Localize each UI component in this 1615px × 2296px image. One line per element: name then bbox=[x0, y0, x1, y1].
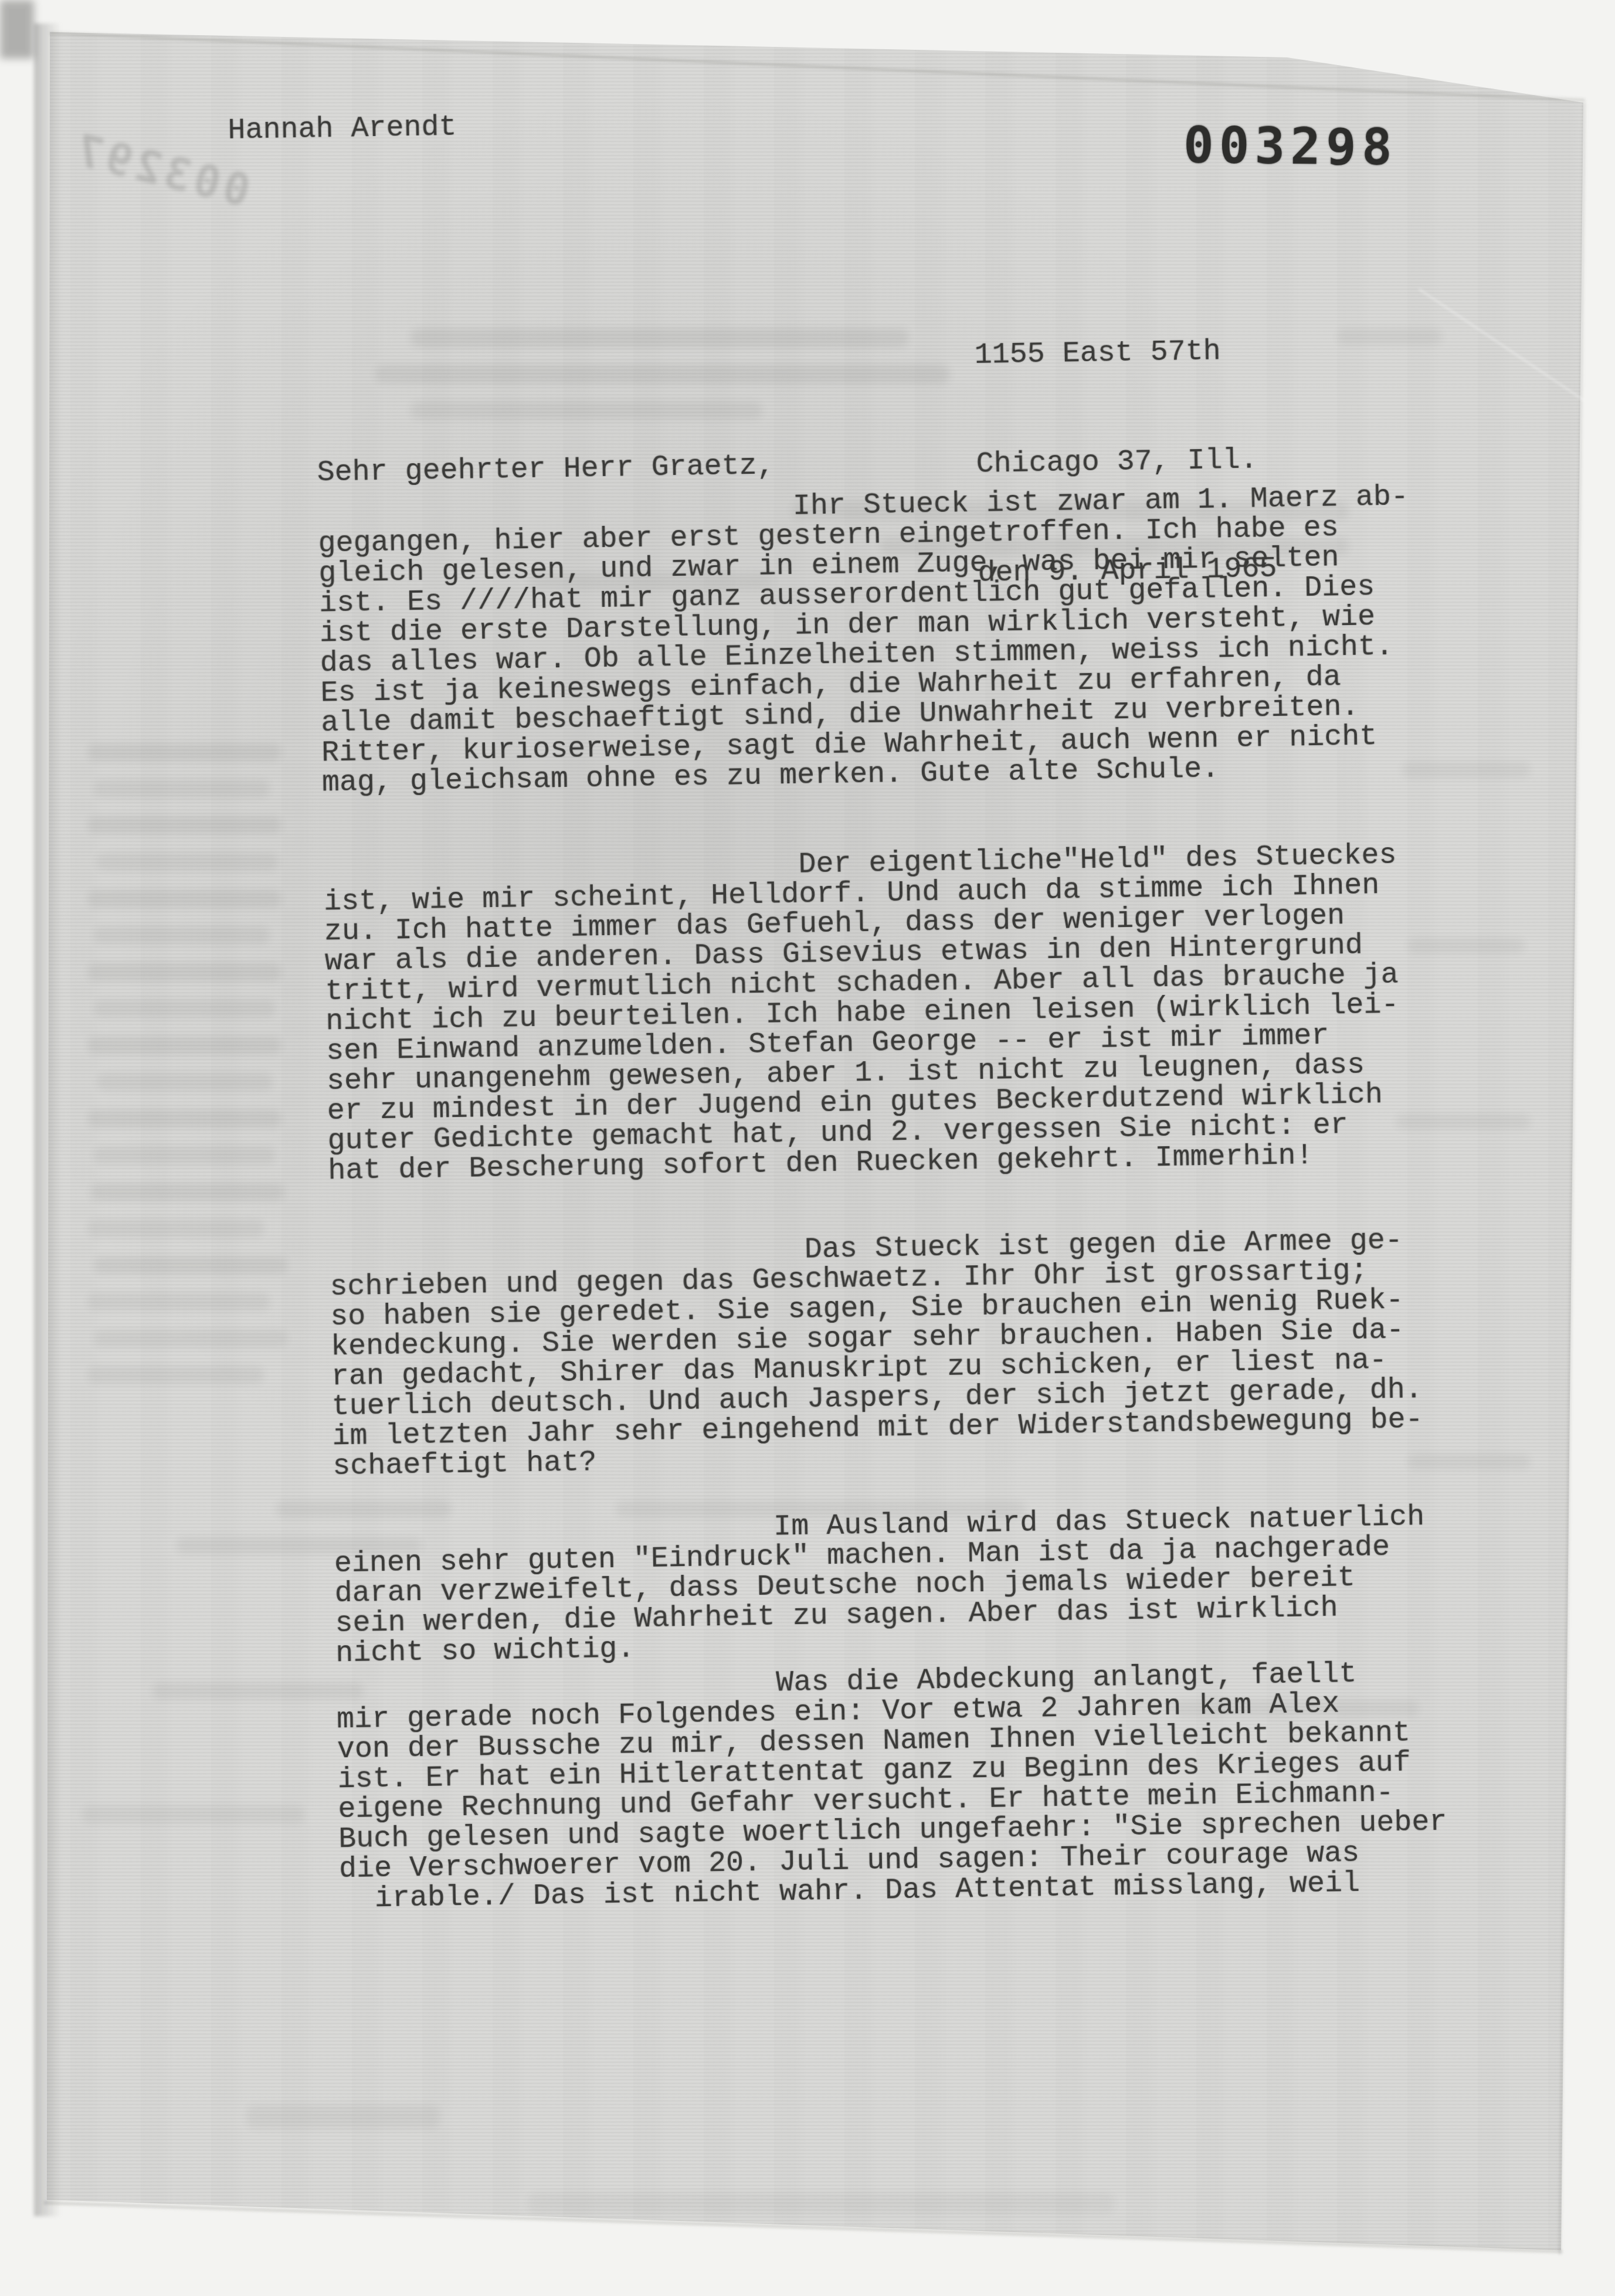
sender-name: Hannah Arendt bbox=[228, 113, 457, 146]
salutation: Sehr geehrter Herr Graetz, bbox=[317, 451, 775, 488]
letter-scan: 003298 003297 Hannah Arendt 1155 East 57… bbox=[0, 0, 1615, 2296]
paragraph: Im Ausland wird das Stueck natuerlichein… bbox=[334, 1502, 1427, 1669]
paragraph: Der eigentliche"Held" des Stueckesist, w… bbox=[323, 841, 1402, 1187]
paragraph: Ihr Stueck ist zwar am 1. Maerz ab-gegan… bbox=[317, 482, 1413, 798]
paragraph: Was die Abdeckung anlangt, faelltmir ger… bbox=[336, 1658, 1448, 1915]
address-line: 1155 East 57th bbox=[974, 333, 1274, 374]
typed-content: Hannah Arendt 1155 East 57th Chicago 37,… bbox=[0, 0, 1615, 2296]
address-line: Chicago 37, Ill. bbox=[976, 442, 1275, 483]
paragraph: Das Stueck ist gegen die Armee ge-schrie… bbox=[329, 1225, 1423, 1482]
